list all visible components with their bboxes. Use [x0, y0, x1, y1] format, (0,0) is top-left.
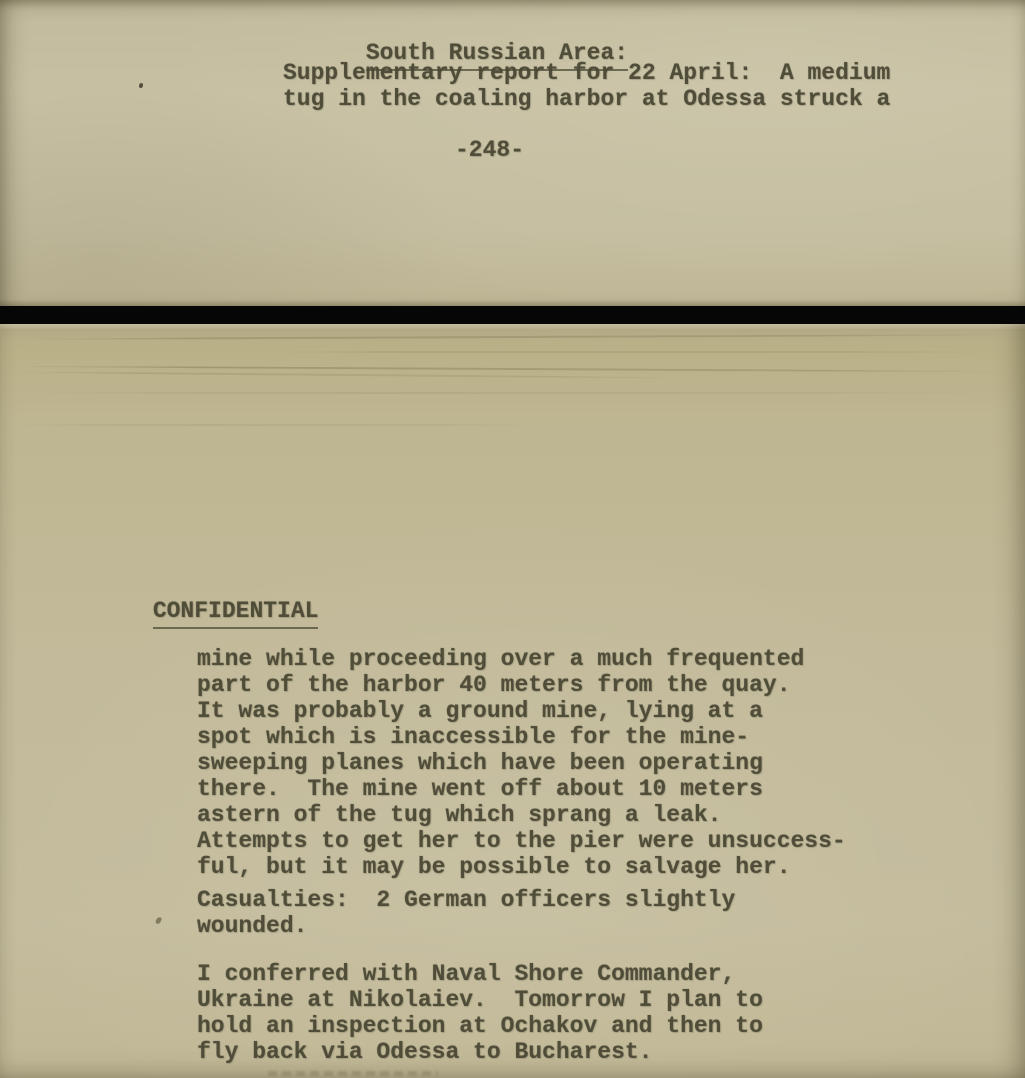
paper-speck: [139, 83, 143, 88]
classification-text: CONFIDENTIAL: [153, 598, 319, 629]
paper-crease-line: [250, 351, 1025, 353]
document-scan-viewport: South Russian Area: Supplementary report…: [0, 0, 1025, 1078]
page-number: -248-: [455, 137, 524, 163]
paragraph-conference: I conferred with Naval Shore Commander, …: [197, 961, 763, 1065]
scan-divider-band: [0, 306, 1025, 324]
paragraph-casualties: Casualties: 2 German officers slightly w…: [197, 887, 735, 939]
cut-off-text-remnant: [268, 1071, 438, 1076]
paragraph-mine-report: mine while proceeding over a much freque…: [197, 646, 846, 880]
paper-crease-line: [0, 371, 700, 379]
paper-crease-line: [0, 392, 1025, 394]
top-page-paragraph: Supplementary report for 22 April: A med…: [283, 60, 890, 112]
classification-stamp: CONFIDENTIAL: [70, 572, 318, 650]
ink-speck: [155, 916, 162, 924]
paper-crease-line: [0, 424, 560, 426]
scanned-page-top: South Russian Area: Supplementary report…: [0, 0, 1025, 306]
paper-crease-line: [0, 334, 1025, 340]
scanned-page-bottom: CONFIDENTIAL mine while proceeding over …: [0, 324, 1025, 1078]
